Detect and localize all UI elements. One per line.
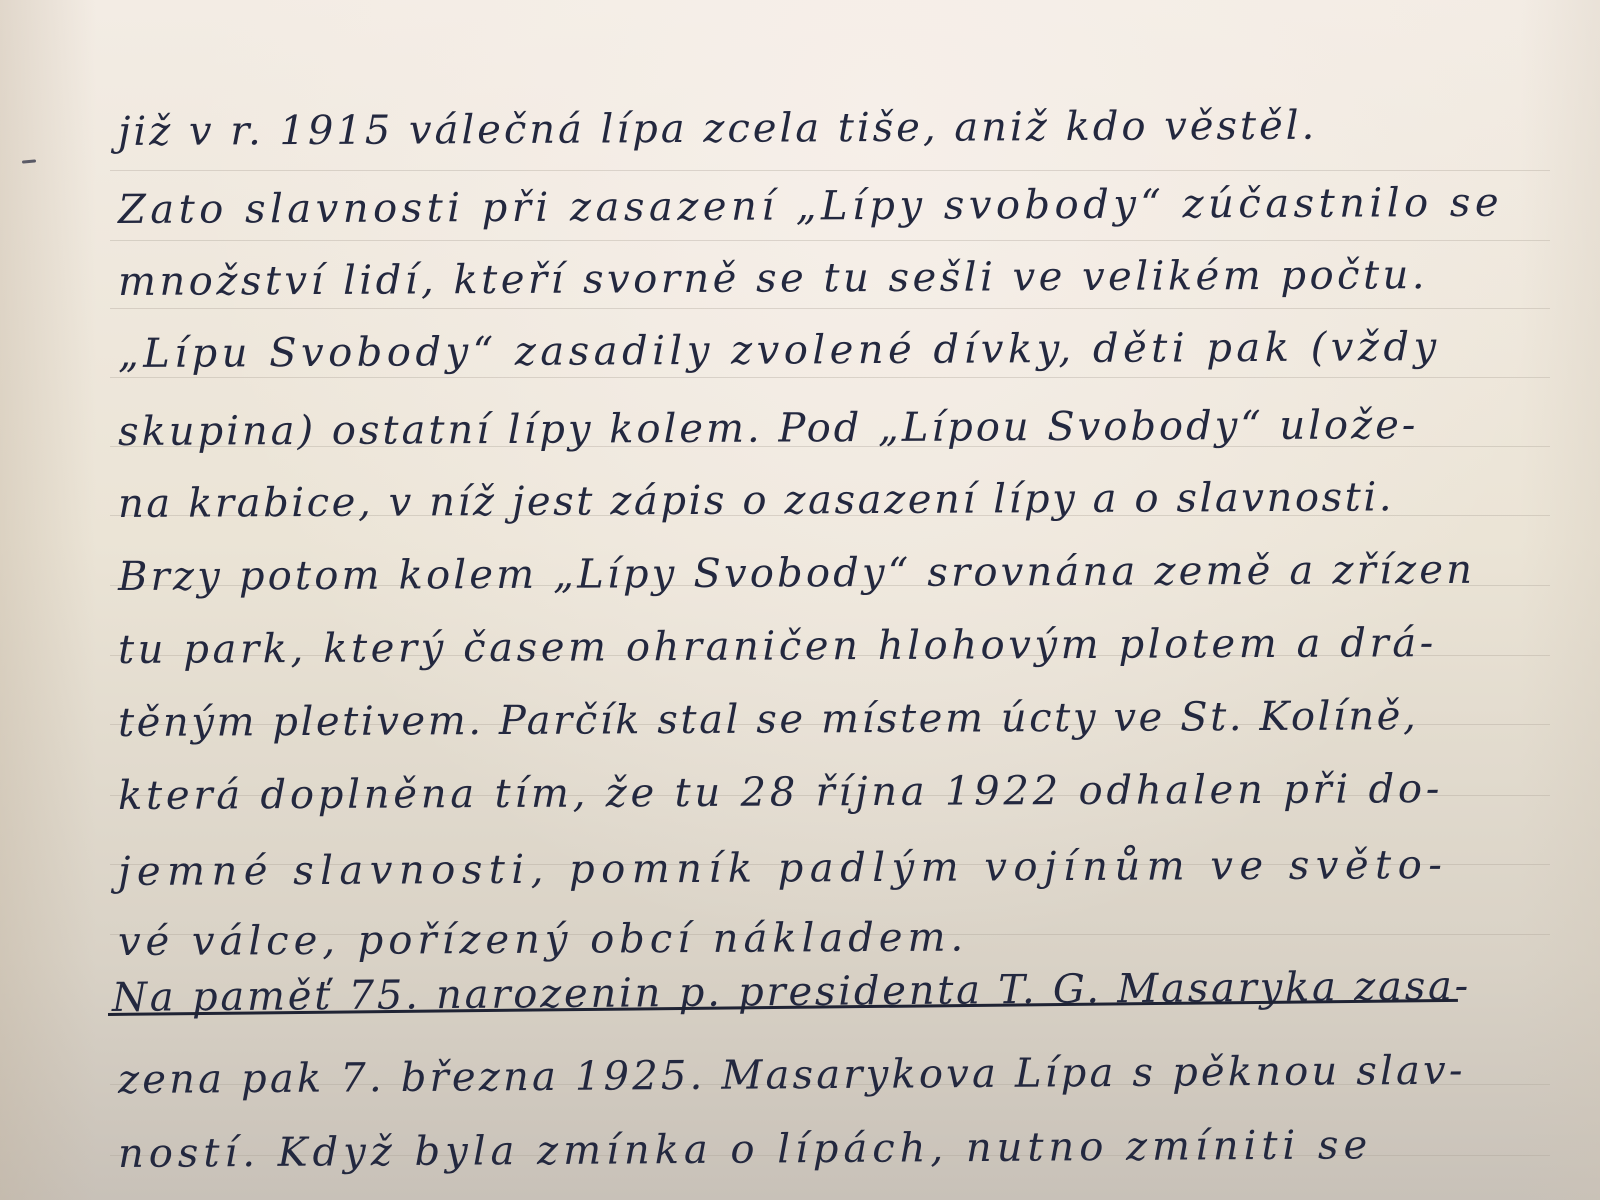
ruled-line	[110, 377, 1550, 378]
text-line-5: skupina) ostatní lípy kolem. Pod „Lípou …	[118, 405, 1419, 452]
text-line-6: na krabice, v níž jest zápis o zasazení …	[118, 477, 1394, 524]
ruled-line	[110, 240, 1550, 241]
text-line-9: těným pletivem. Parčík stal se místem úc…	[118, 696, 1419, 743]
text-line-14: zena pak 7. března 1925. Masarykova Lípa…	[118, 1051, 1466, 1100]
text-line-4: „Lípu Svobody“ zasadily zvolené dívky, d…	[118, 327, 1441, 374]
text-line-15: ností. Když byla zmínka o lípách, nutno …	[118, 1125, 1372, 1174]
text-line-10: která doplněna tím, že tu 28 října 1922 …	[118, 769, 1443, 816]
text-line-11: jemné slavnosti, pomník padlým vojínům v…	[118, 845, 1449, 892]
text-line-12: vé válce, pořízený obcí nákladem.	[118, 918, 968, 962]
ruled-line	[110, 308, 1550, 309]
text-line-7: Brzy potom kolem „Lípy Svobody“ srovnána…	[118, 550, 1475, 597]
text-line-3: množství lidí, kteří svorně se tu sešli …	[118, 255, 1428, 302]
text-line-1: již v r. 1915 válečná lípa zcela tiše, a…	[118, 106, 1317, 152]
chronicle-page: již v r. 1915 válečná lípa zcela tiše, a…	[0, 0, 1600, 1200]
text-line-8: tu park, který časem ohraničen hlohovým …	[118, 623, 1437, 670]
ruled-line	[110, 170, 1550, 171]
margin-mark	[22, 159, 36, 163]
text-line-2: Zato slavnosti při zasazení „Lípy svobod…	[118, 183, 1503, 230]
